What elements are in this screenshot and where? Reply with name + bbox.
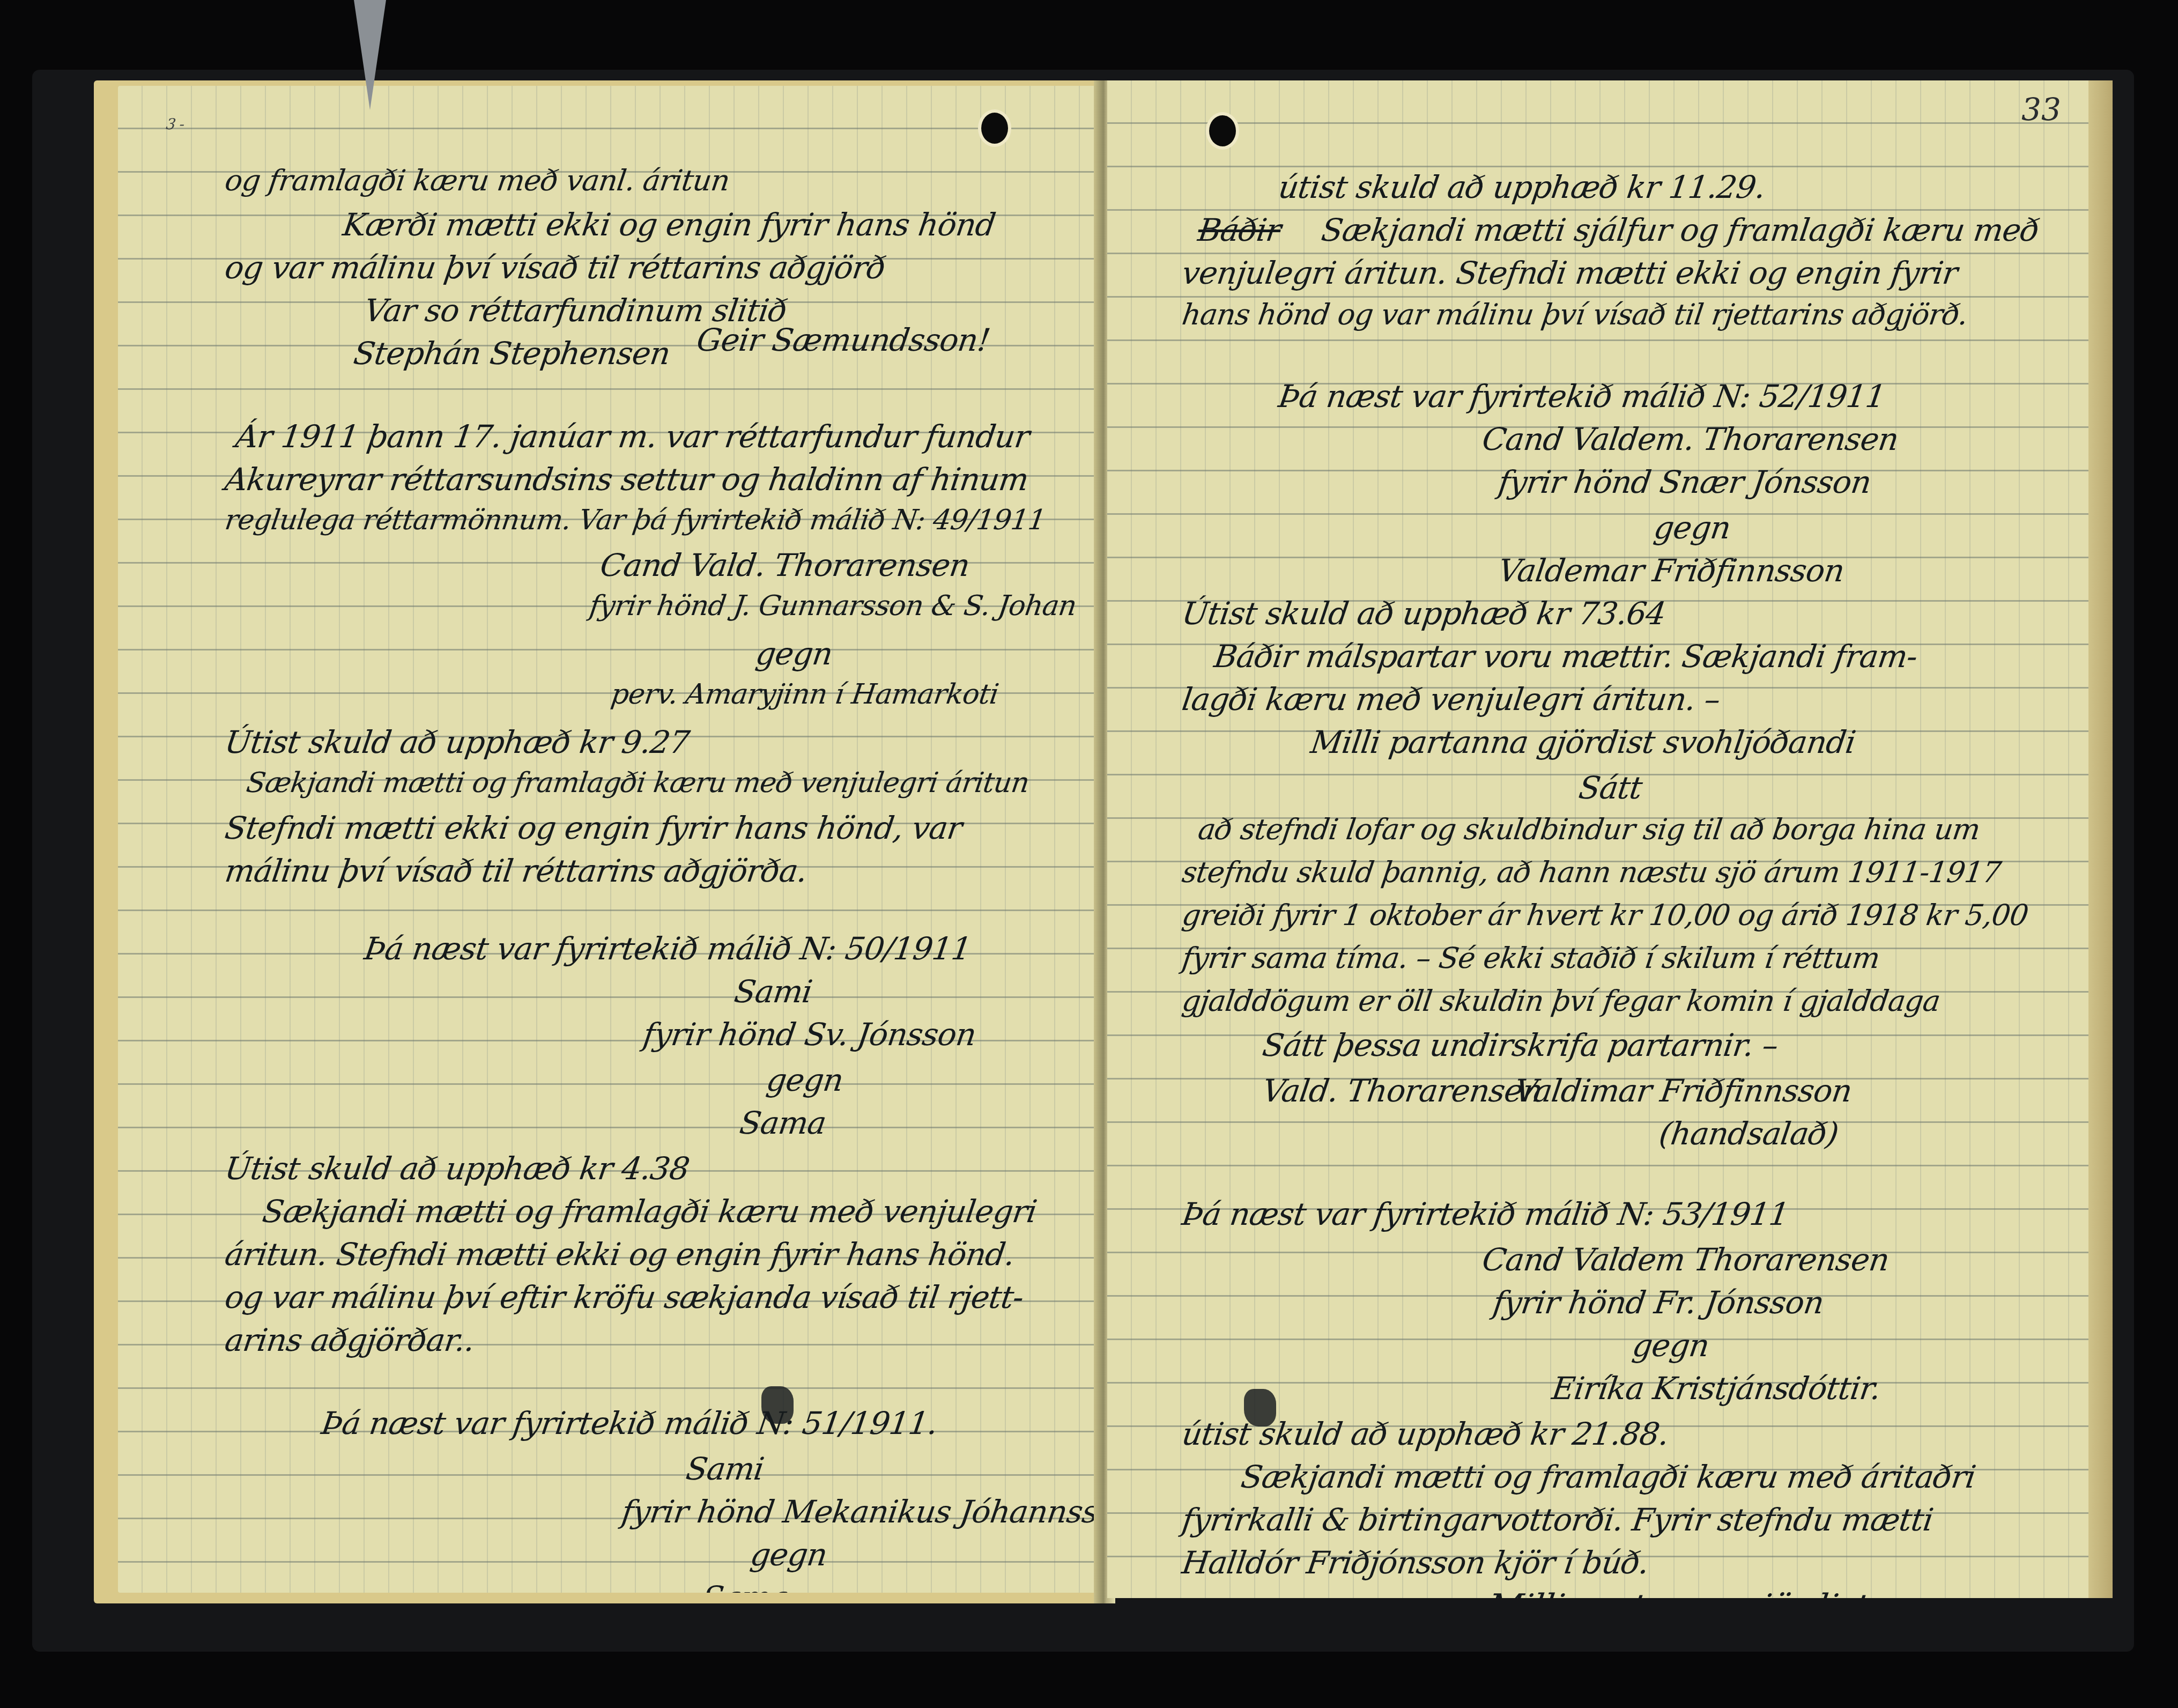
text-line: Útist skuld að upphæð kr 9.27 — [223, 724, 691, 760]
text-line: Cand Valdem. Thorarensen — [1480, 421, 1901, 457]
text-line: (handsalað) — [1657, 1115, 1841, 1152]
text-line: venjulegri áritun. Stefndi mætti ekki og… — [1180, 255, 1960, 291]
text-line: Sækjandi mætti og framlagði kæru með ven… — [245, 767, 1031, 799]
text-line: Sama — [700, 1579, 790, 1593]
text-line: Eiríka Kristjánsdóttir. — [1550, 1370, 1883, 1407]
punch-hole — [1209, 115, 1236, 146]
text-line: gegn — [1630, 1327, 1711, 1364]
text-line: gegn — [764, 1062, 845, 1098]
text-line: útist skuld að upphæð kr 11.29. — [1276, 169, 1767, 205]
left-page: 3 - og framlagði kæru með vanl. áritun K… — [118, 86, 1099, 1593]
text-line: Sækjandi mætti og framlagði kæru með ári… — [1239, 1459, 1977, 1495]
text-line: arins aðgjörðar.. — [223, 1322, 477, 1358]
text-line: hans hönd og var málinu því vísað til rj… — [1180, 298, 1970, 331]
text-line: Sækjandi mætti og framlagði kæru með ven… — [260, 1193, 1039, 1230]
text-line: Þá næst var fyrirtekið málið N: 53/1911 — [1180, 1196, 1791, 1232]
text-line: lagði kæru með venjulegri áritun. – — [1180, 681, 1722, 718]
text-line: gegn — [748, 1536, 829, 1573]
text-line: útist skuld að upphæð kr 21.88. — [1180, 1416, 1671, 1452]
text-line: reglulega réttarmönnum. Var þá fyrirteki… — [223, 504, 1048, 536]
text-line: Ár 1911 þann 17. janúar m. var réttarfun… — [233, 418, 1032, 455]
text-line: Akureyrar réttarsundsins settur og haldi… — [223, 461, 1031, 498]
letter-opener — [354, 0, 386, 110]
text-line: Milli partanna gjördist — [1485, 1587, 1871, 1598]
text-line: greiði fyrir 1 oktober ár hvert kr 10,00… — [1180, 898, 2031, 932]
text-line: Sátt þessa undirskrifa partarnir. – — [1260, 1027, 1780, 1063]
signature: Stephán Stephensen — [351, 335, 672, 372]
text-line: Útist skuld að upphæð kr 73.64 — [1180, 595, 1668, 632]
heading-satt: Sátt — [1576, 770, 1644, 806]
margin-mark: 3 - — [165, 115, 186, 133]
text-line: Útist skuld að upphæð kr 4.38 — [223, 1150, 691, 1187]
text-line: Halldór Friðjónsson kjör í búð. — [1180, 1544, 1651, 1581]
text-line: Sami — [684, 1451, 766, 1487]
text-line: fyrir hönd Sv. Jónsson — [641, 1016, 978, 1053]
text-line: og var málinu því vísað til réttarins að… — [223, 249, 887, 286]
right-page: útist skuld að upphæð kr 11.29. Báðir Sæ… — [1107, 80, 2094, 1598]
text-line: Stefndi mætti ekki og engin fyrir hans h… — [223, 810, 964, 846]
text-line: að stefndi lofar og skuldbindur sig til … — [1196, 812, 1982, 846]
text-line: fyrir hönd Snær Jónsson — [1496, 464, 1873, 500]
text-line: Kærði mætti ekki og engin fyrir hans hön… — [340, 206, 997, 243]
text-line: Þá næst var fyrirtekið málið N: 52/1911 — [1276, 378, 1887, 415]
text-line: Báðir málspartar voru mættir. Sækjandi f… — [1212, 638, 1920, 675]
text-line: Valdemar Friðfinnsson — [1496, 552, 1846, 589]
text-line: fyrir hönd Fr. Jónsson — [1491, 1284, 1826, 1321]
text-line: og framlagði kæru með vanl. áritun — [223, 164, 732, 197]
text-line: gjalddögum er öll skuldin því fegar komi… — [1180, 984, 1943, 1018]
text-line: gegn — [753, 635, 834, 672]
text-line: áritun. Stefndi mætti ekki og engin fyri… — [223, 1236, 1017, 1273]
signature: Vald. Thorarensen — [1260, 1073, 1544, 1109]
text-line: og var málinu því eftir kröfu sækjanda v… — [223, 1279, 1026, 1315]
text-line: Sama — [737, 1105, 828, 1141]
text-line: fyrir hönd J. Gunnarsson & S. Johan — [588, 590, 1078, 622]
text-line: Þá næst var fyrirtekið málið N: 51/1911. — [319, 1405, 940, 1441]
signature: Valdimar Friðfinnsson — [1512, 1073, 1854, 1109]
punch-hole — [981, 113, 1008, 144]
text-line: perv. Amaryjinn í Hamarkoti — [609, 678, 1001, 711]
text-line: fyrir hönd Mekanikus Jóhannsson — [619, 1493, 1099, 1530]
text-line: Sækjandi mætti sjálfur og framlagði kæru… — [1319, 212, 2041, 248]
text-line: Cand Valdem Thorarensen — [1480, 1241, 1891, 1278]
struck-word: Báðir — [1196, 212, 1283, 248]
text-line: Cand Vald. Thorarensen — [598, 547, 972, 583]
text-line: gegn — [1651, 509, 1732, 546]
text-line: Sami — [732, 973, 814, 1010]
text-line: Milli partanna gjördist svohljóðandi — [1308, 724, 1857, 760]
text-line: fyrir sama tíma. – Sé ekki staðið í skil… — [1180, 941, 1882, 975]
page-stack-edge-right — [2088, 80, 2113, 1598]
page-number: 33 — [2021, 91, 2061, 128]
text-line: stefndu skuld þannig, að hann næstu sjö … — [1180, 855, 2003, 889]
text-line: fyrirkalli & birtingarvottorði. Fyrir st… — [1180, 1502, 1935, 1538]
signature: Geir Sæmundsson! — [694, 322, 992, 358]
text-line: Þá næst var fyrirtekið málið N: 50/1911 — [362, 930, 973, 967]
text-line: málinu því vísað til réttarins aðgjörða. — [223, 853, 809, 889]
